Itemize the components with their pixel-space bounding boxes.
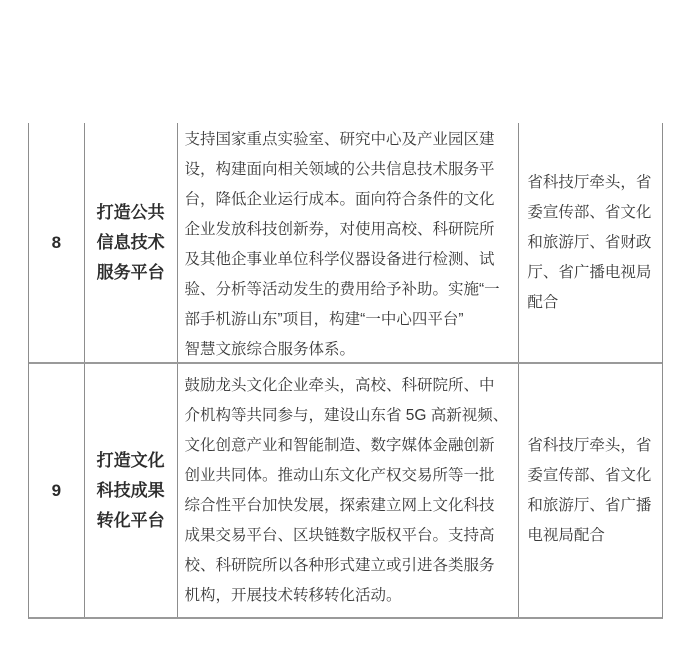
row-number-cell: 8 (29, 123, 84, 362)
departments-cell: 省科技厅牵头，省 委宣传部、省文化 和旅游厅、省广播 电视局配合 (518, 364, 662, 617)
platform-title: 打造文化 科技成果 转化平台 (97, 446, 165, 536)
platform-title-cell: 打造公共 信息技术 服务平台 (84, 123, 177, 362)
row-number: 8 (52, 233, 61, 253)
row-number-cell: 9 (29, 364, 84, 617)
table-row: 9 打造文化 科技成果 转化平台 鼓励龙头文化企业牵头，高校、科研院所、中 介机… (29, 364, 662, 617)
departments-cell: 省科技厅牵头，省 委宣传部、省文化 和旅游厅、省财政 厅、省广播电视局 配合 (518, 123, 662, 362)
platform-title: 打造公共 信息技术 服务平台 (97, 198, 165, 288)
measures-cell: 鼓励龙头文化企业牵头，高校、科研院所、中 介机构等共同参与，建设山东省 5G 高… (177, 364, 519, 617)
departments-text: 省科技厅牵头，省 委宣传部、省文化 和旅游厅、省广播 电视局配合 (527, 431, 651, 551)
measures-text: 支持国家重点实验室、研究中心及产业园区建 设，构建面向相关领域的公共信息技术服务… (185, 125, 513, 362)
measures-text: 鼓励龙头文化企业牵头，高校、科研院所、中 介机构等共同参与，建设山东省 5G 高… (185, 371, 513, 611)
document-table: 8 打造公共 信息技术 服务平台 支持国家重点实验室、研究中心及产业园区建 设，… (28, 123, 663, 619)
departments-text: 省科技厅牵头，省 委宣传部、省文化 和旅游厅、省财政 厅、省广播电视局 配合 (527, 168, 651, 318)
measures-cell: 支持国家重点实验室、研究中心及产业园区建 设，构建面向相关领域的公共信息技术服务… (177, 123, 519, 362)
row-number: 9 (52, 481, 61, 501)
platform-title-cell: 打造文化 科技成果 转化平台 (84, 364, 177, 617)
table-row: 8 打造公共 信息技术 服务平台 支持国家重点实验室、研究中心及产业园区建 设，… (29, 123, 662, 364)
